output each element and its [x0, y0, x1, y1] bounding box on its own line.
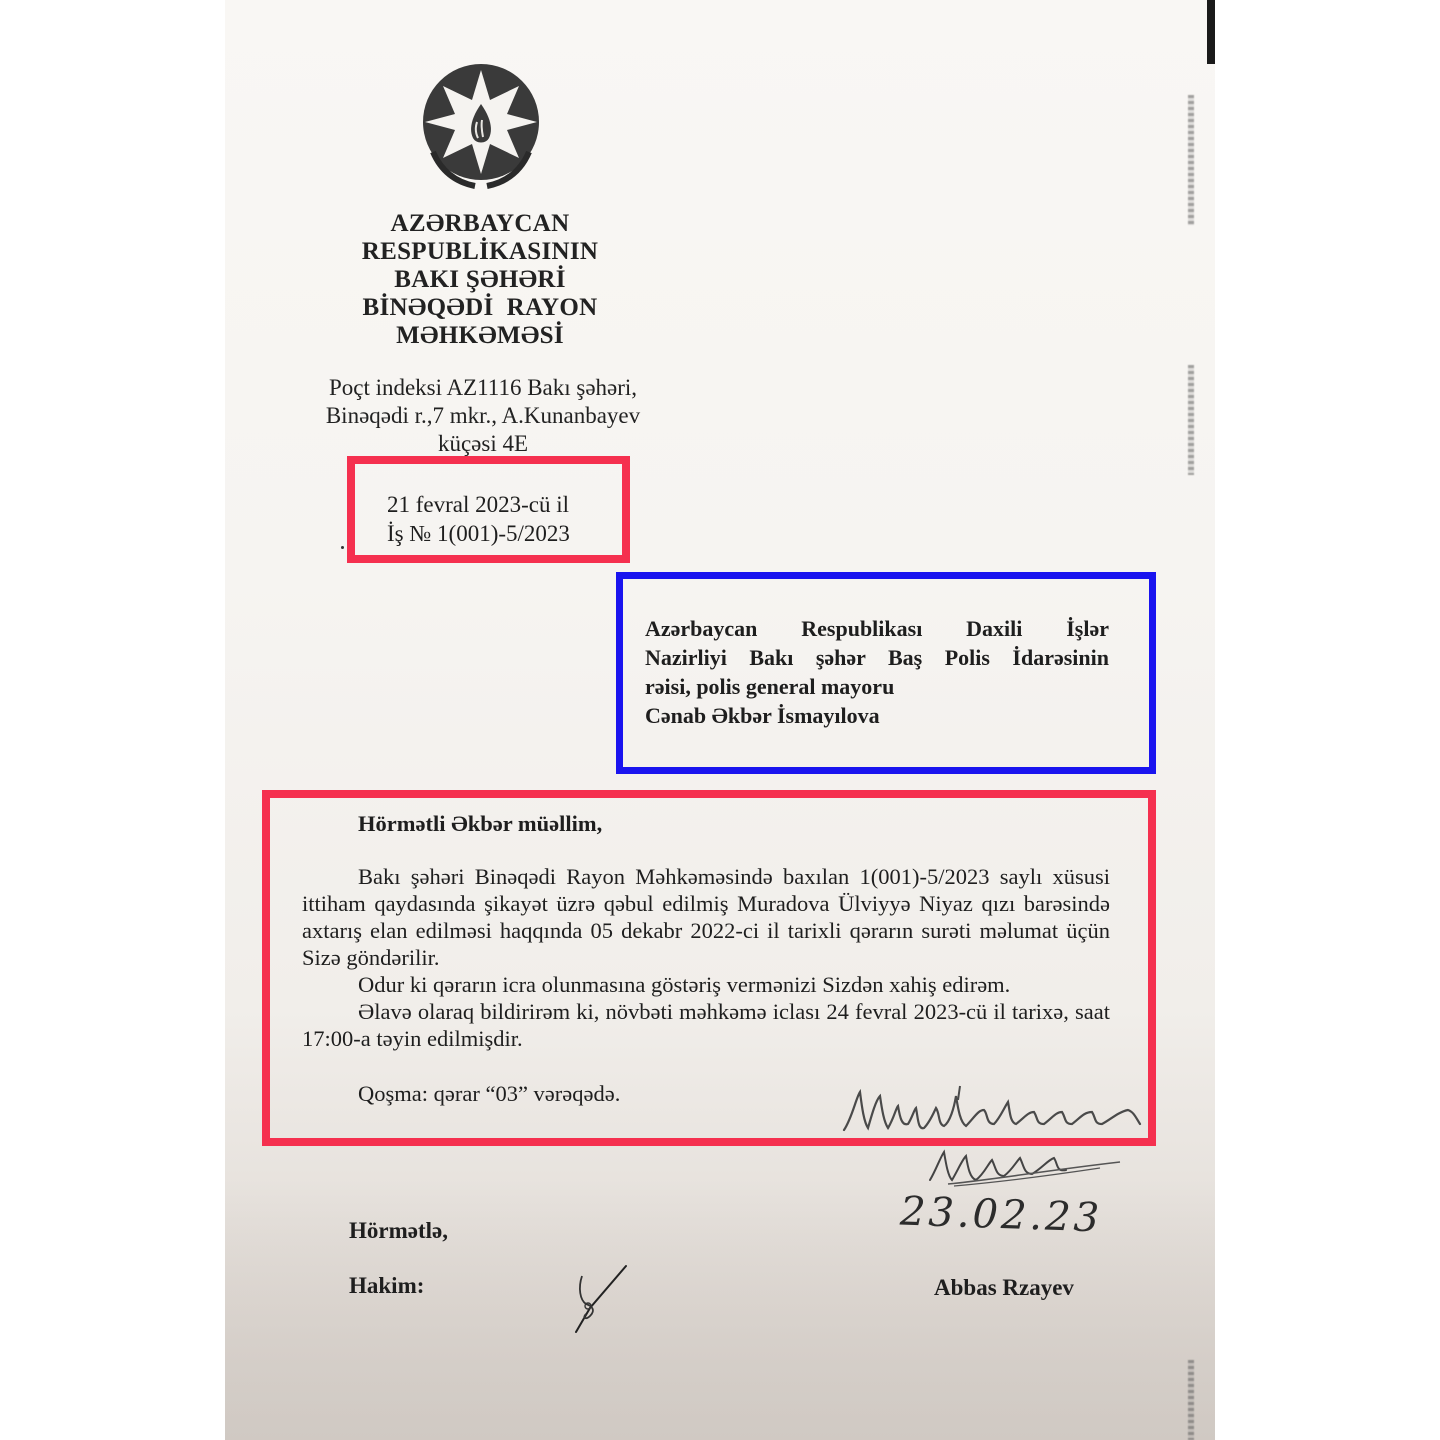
scan-edge-mark: [1188, 365, 1194, 475]
recipient-name: Cənab Əkbər İsmayılova: [645, 701, 1109, 730]
greeting: Hörmətli Əkbər müəllim,: [302, 810, 1110, 837]
recipient-highlight-box: Azərbaycan Respublikası Daxili İşlər Naz…: [616, 572, 1156, 774]
address-line: Binəqədi r.,7 mkr., A.Kunanbayev: [283, 402, 683, 430]
letter-body-highlight-box: Hörmətli Əkbər müəllim, Bakı şəhəri Binə…: [262, 790, 1156, 1146]
court-address: Poçt indeksi AZ1116 Bakı şəhəri, Binəqəd…: [283, 374, 683, 458]
scan-edge-mark: [1188, 1360, 1194, 1440]
court-header: AZƏRBAYCAN RESPUBLİKASININ BAKI ŞƏHƏRİ B…: [300, 210, 660, 350]
court-header-line: BAKI ŞƏHƏRİ: [300, 266, 660, 294]
attachment-note: Qoşma: qərar “03” vərəqədə.: [302, 1080, 1110, 1107]
body-paragraph: Odur ki qərarın icra olunmasına göstəriş…: [302, 971, 1110, 998]
address-line: küçəsi 4E: [283, 430, 683, 458]
address-line: Poçt indeksi AZ1116 Bakı şəhəri,: [283, 374, 683, 402]
recipient-line: rəisi, polis general mayoru: [645, 672, 1109, 701]
body-paragraph: Bakı şəhəri Binəqədi Rayon Məhkəməsində …: [302, 863, 1110, 971]
judge-name: Abbas Rzayev: [934, 1275, 1074, 1301]
court-header-line: RESPUBLİKASININ: [300, 238, 660, 266]
handwritten-date: 23.02.23: [899, 1188, 1103, 1241]
recipient-line: Azərbaycan Respublikası Daxili İşlər: [645, 614, 1109, 643]
body-paragraph: Əlavə olaraq bildirirəm ki, növbəti məhk…: [302, 998, 1110, 1052]
court-header-line: MƏHKƏMƏSİ: [300, 322, 660, 350]
court-header-line: AZƏRBAYCAN: [300, 210, 660, 238]
judge-label: Hakim:: [349, 1273, 424, 1299]
scan-edge-mark: [1188, 95, 1194, 225]
recipient-line: Nazirliyi Bakı şəhər Baş Polis İdarəsini…: [645, 643, 1109, 672]
case-number: İş № 1(001)-5/2023: [387, 519, 622, 548]
closing-salutation: Hörmətlə,: [349, 1218, 448, 1244]
scan-edge-shadow: [1207, 0, 1215, 64]
scan-speck: [341, 546, 344, 549]
letter-date: 21 fevral 2023-cü il: [387, 490, 622, 519]
reference-highlight-box: 21 fevral 2023-cü il İş № 1(001)-5/2023: [347, 456, 630, 563]
azerbaijan-state-emblem-icon: [415, 60, 547, 192]
court-header-line: BİNƏQƏDİ RAYON: [300, 294, 660, 322]
